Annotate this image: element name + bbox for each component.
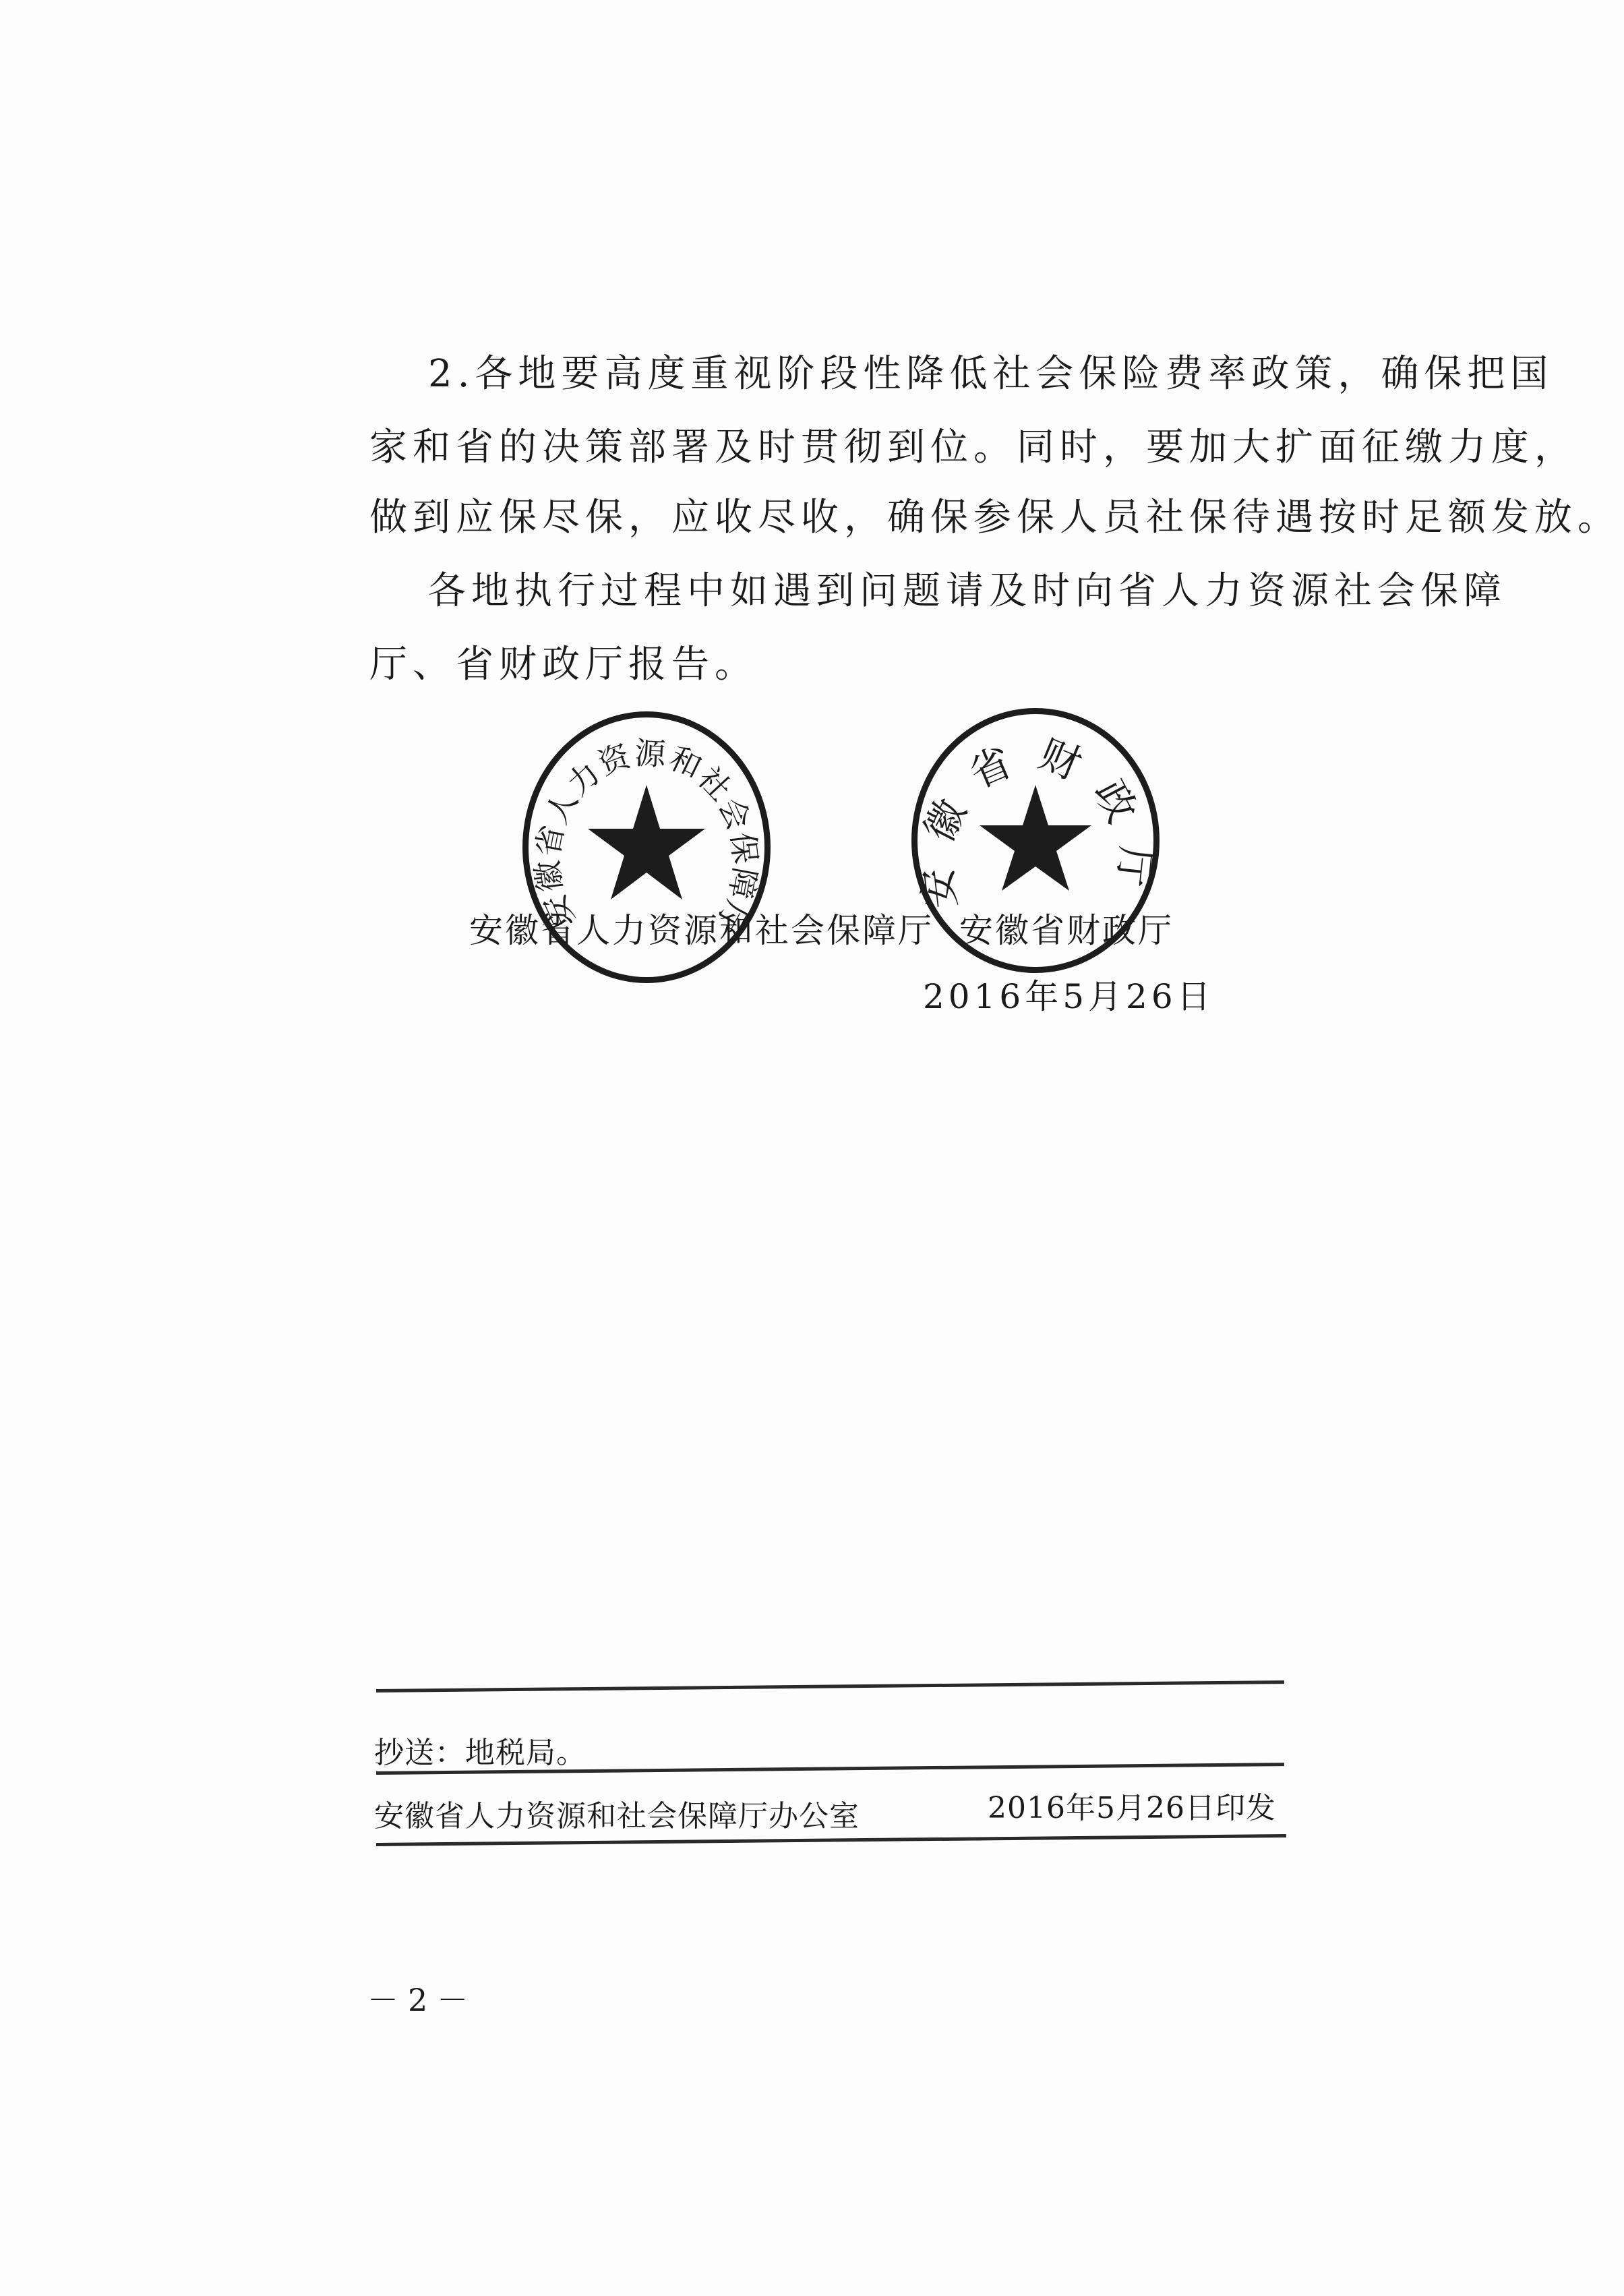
issuing-office: 安徽省人力资源和社会保障厅办公室 xyxy=(374,1802,860,1831)
footer-rule-top xyxy=(376,1680,1284,1692)
cc-line: 抄送：地税局。 xyxy=(374,1738,587,1768)
paragraph1-line3: 做到应保尽保，应收尽收，确保参保人员社保待遇按时足额发放。 xyxy=(369,499,1621,537)
page-number: －2－ xyxy=(367,1976,477,2020)
paragraph1-line2: 家和省的决策部署及时贯彻到位。同时，要加大扩面征缴力度， xyxy=(369,429,1577,467)
issuer-finance: 安徽省财政厅 xyxy=(959,914,1174,947)
paragraph2-line1: 各地执行过程中如遇到问题请及时向省人力资源社会保障 xyxy=(428,572,1507,610)
star-icon xyxy=(980,785,1091,891)
paragraph2-line2: 厅、省财政厅报告。 xyxy=(369,646,758,684)
footer-rule-bottom xyxy=(376,1834,1286,1846)
star-icon xyxy=(588,785,705,900)
paragraph1-line1: 2.各地要高度重视阶段性降低社会保险费率政策，确保把国 xyxy=(428,355,1553,393)
printed-date: 2016年5月26日印发 xyxy=(988,1794,1276,1823)
document-page: 2.各地要高度重视阶段性降低社会保险费率政策，确保把国 家和省的决策部署及时贯彻… xyxy=(0,0,1624,2296)
issue-date: 2016年5月26日 xyxy=(923,980,1215,1013)
issuer-hrss: 安徽省人力资源和社会保障厅 xyxy=(469,914,934,947)
